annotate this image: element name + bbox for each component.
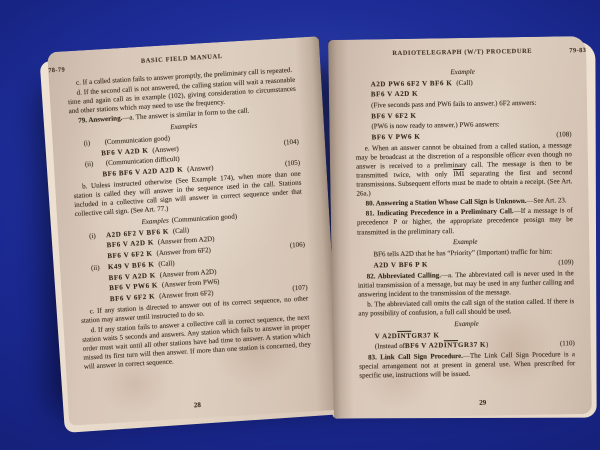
prosign-int: INT <box>397 331 411 340</box>
paragraph-b2: b. The abbreviated call omits the call s… <box>358 297 574 319</box>
right-page: RADIOTELEGRAPH (W/T) PROCEDURE 79-83 Exa… <box>328 36 592 418</box>
right-page-body: Example A2D PW6 6F2 V BF6 K (Call) BF6 V… <box>328 60 591 381</box>
prosign-imi: IMI <box>453 170 464 178</box>
photo-scene: 78-79 BASIC FIELD MANUAL c. If a called … <box>0 0 600 450</box>
section-83-paragraph: 83. Link Call Sign Procedure.—The Link C… <box>359 350 575 381</box>
section-80-heading: 80. Answering a Station Whose Call Sign … <box>366 197 527 208</box>
right-page-number: 29 <box>334 397 592 409</box>
section-79-heading: 79. Answering. <box>78 114 123 125</box>
section-82-paragraph: 82. Abbreviated Calling.—a. The abbrevia… <box>358 269 574 300</box>
prosign-int: INT <box>444 341 458 350</box>
paragraph-e: e. When an answer cannot be obtained fro… <box>356 141 573 199</box>
right-running-title: RADIOTELEGRAPH (W/T) PROCEDURE <box>392 48 532 57</box>
left-folio-ref: 78-79 <box>48 66 65 74</box>
section-82-heading: 82. Abbreviated Calling. <box>367 271 441 280</box>
left-page-body: c. If a called station fails to answer p… <box>49 60 338 373</box>
right-folio-ref: 79-83 <box>569 47 586 54</box>
section-83-heading: 83. Link Call Sign Procedure. <box>368 352 463 361</box>
section-81-paragraph: 81. Indicating Precedence in a Prelimina… <box>357 207 573 238</box>
left-running-title: BASIC FIELD MANUAL <box>141 53 223 65</box>
left-page: 78-79 BASIC FIELD MANUAL c. If a called … <box>47 36 341 425</box>
